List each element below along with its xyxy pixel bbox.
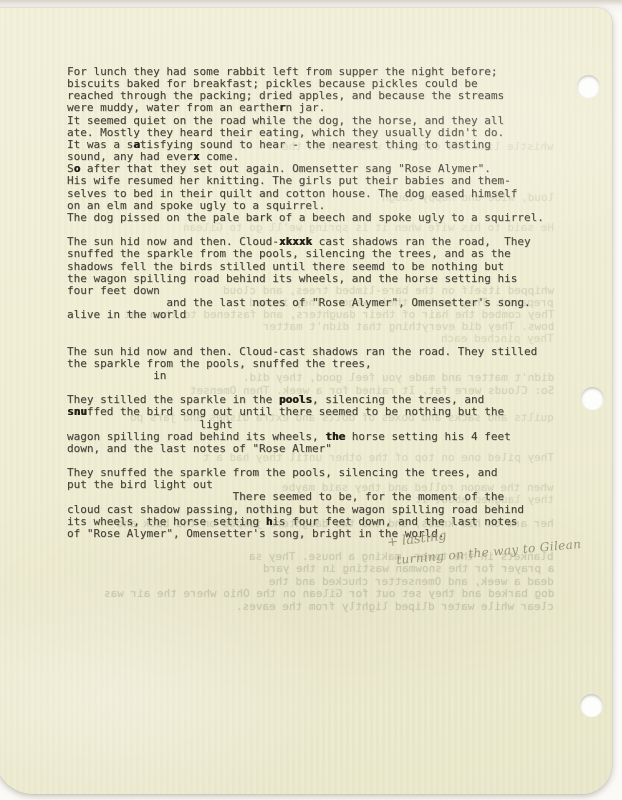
typed-line: alive in the world [67, 309, 544, 321]
typed-line [67, 321, 544, 333]
typed-line: down, and the last notes of "Rose Almer" [67, 443, 544, 455]
typed-line: It seemed quiet on the road while the do… [67, 115, 544, 127]
typed-line: shadows fell the birds stilled until the… [67, 261, 544, 273]
typed-line: were muddy, water from an earthern jar. [67, 102, 544, 114]
typed-line: The dog pissed on the pale bark of a bee… [67, 212, 544, 224]
typed-line: in [67, 370, 544, 382]
hole-punch-middle [581, 387, 604, 410]
hole-punch-top [577, 75, 600, 98]
typed-line: snuffed the sparkle from the pools, sile… [67, 248, 544, 260]
bleedthrough-line: dog barked and they set out for Gilean o… [104, 588, 554, 600]
typed-line: light [67, 419, 544, 431]
bleedthrough-line: clear while water dliped lightly from th… [236, 601, 554, 613]
bleedthrough-line: dead a week, and Omensetter chucked and … [269, 576, 554, 588]
typed-line: of "Rose Alymer", Omensetter's song, bri… [67, 528, 544, 540]
typed-line: snuffed the bird song out until there se… [67, 406, 544, 418]
typed-line: cloud cast shadow passing, nothing but t… [67, 504, 544, 516]
manuscript-paper: whistle like the cardinal whistles in th… [0, 8, 612, 794]
hole-punch-bottom [580, 694, 603, 717]
typed-text-block: For lunch they had some rabbit left from… [67, 66, 544, 540]
typed-line: There seemed to be, for the moment of th… [67, 491, 544, 503]
typed-line: The sun hid now and then. Cloud-cast sha… [67, 346, 544, 358]
typed-line [67, 333, 544, 345]
typed-line: selves to bed in their quilt and cotton … [67, 188, 544, 200]
typed-line: the wagon spilling road behind its wheel… [67, 273, 544, 285]
scanned-manuscript-screenshot: { "document": { "kind": "typewritten man… [0, 0, 622, 800]
typed-line: His wife resumed her knitting. The girls… [67, 175, 544, 187]
